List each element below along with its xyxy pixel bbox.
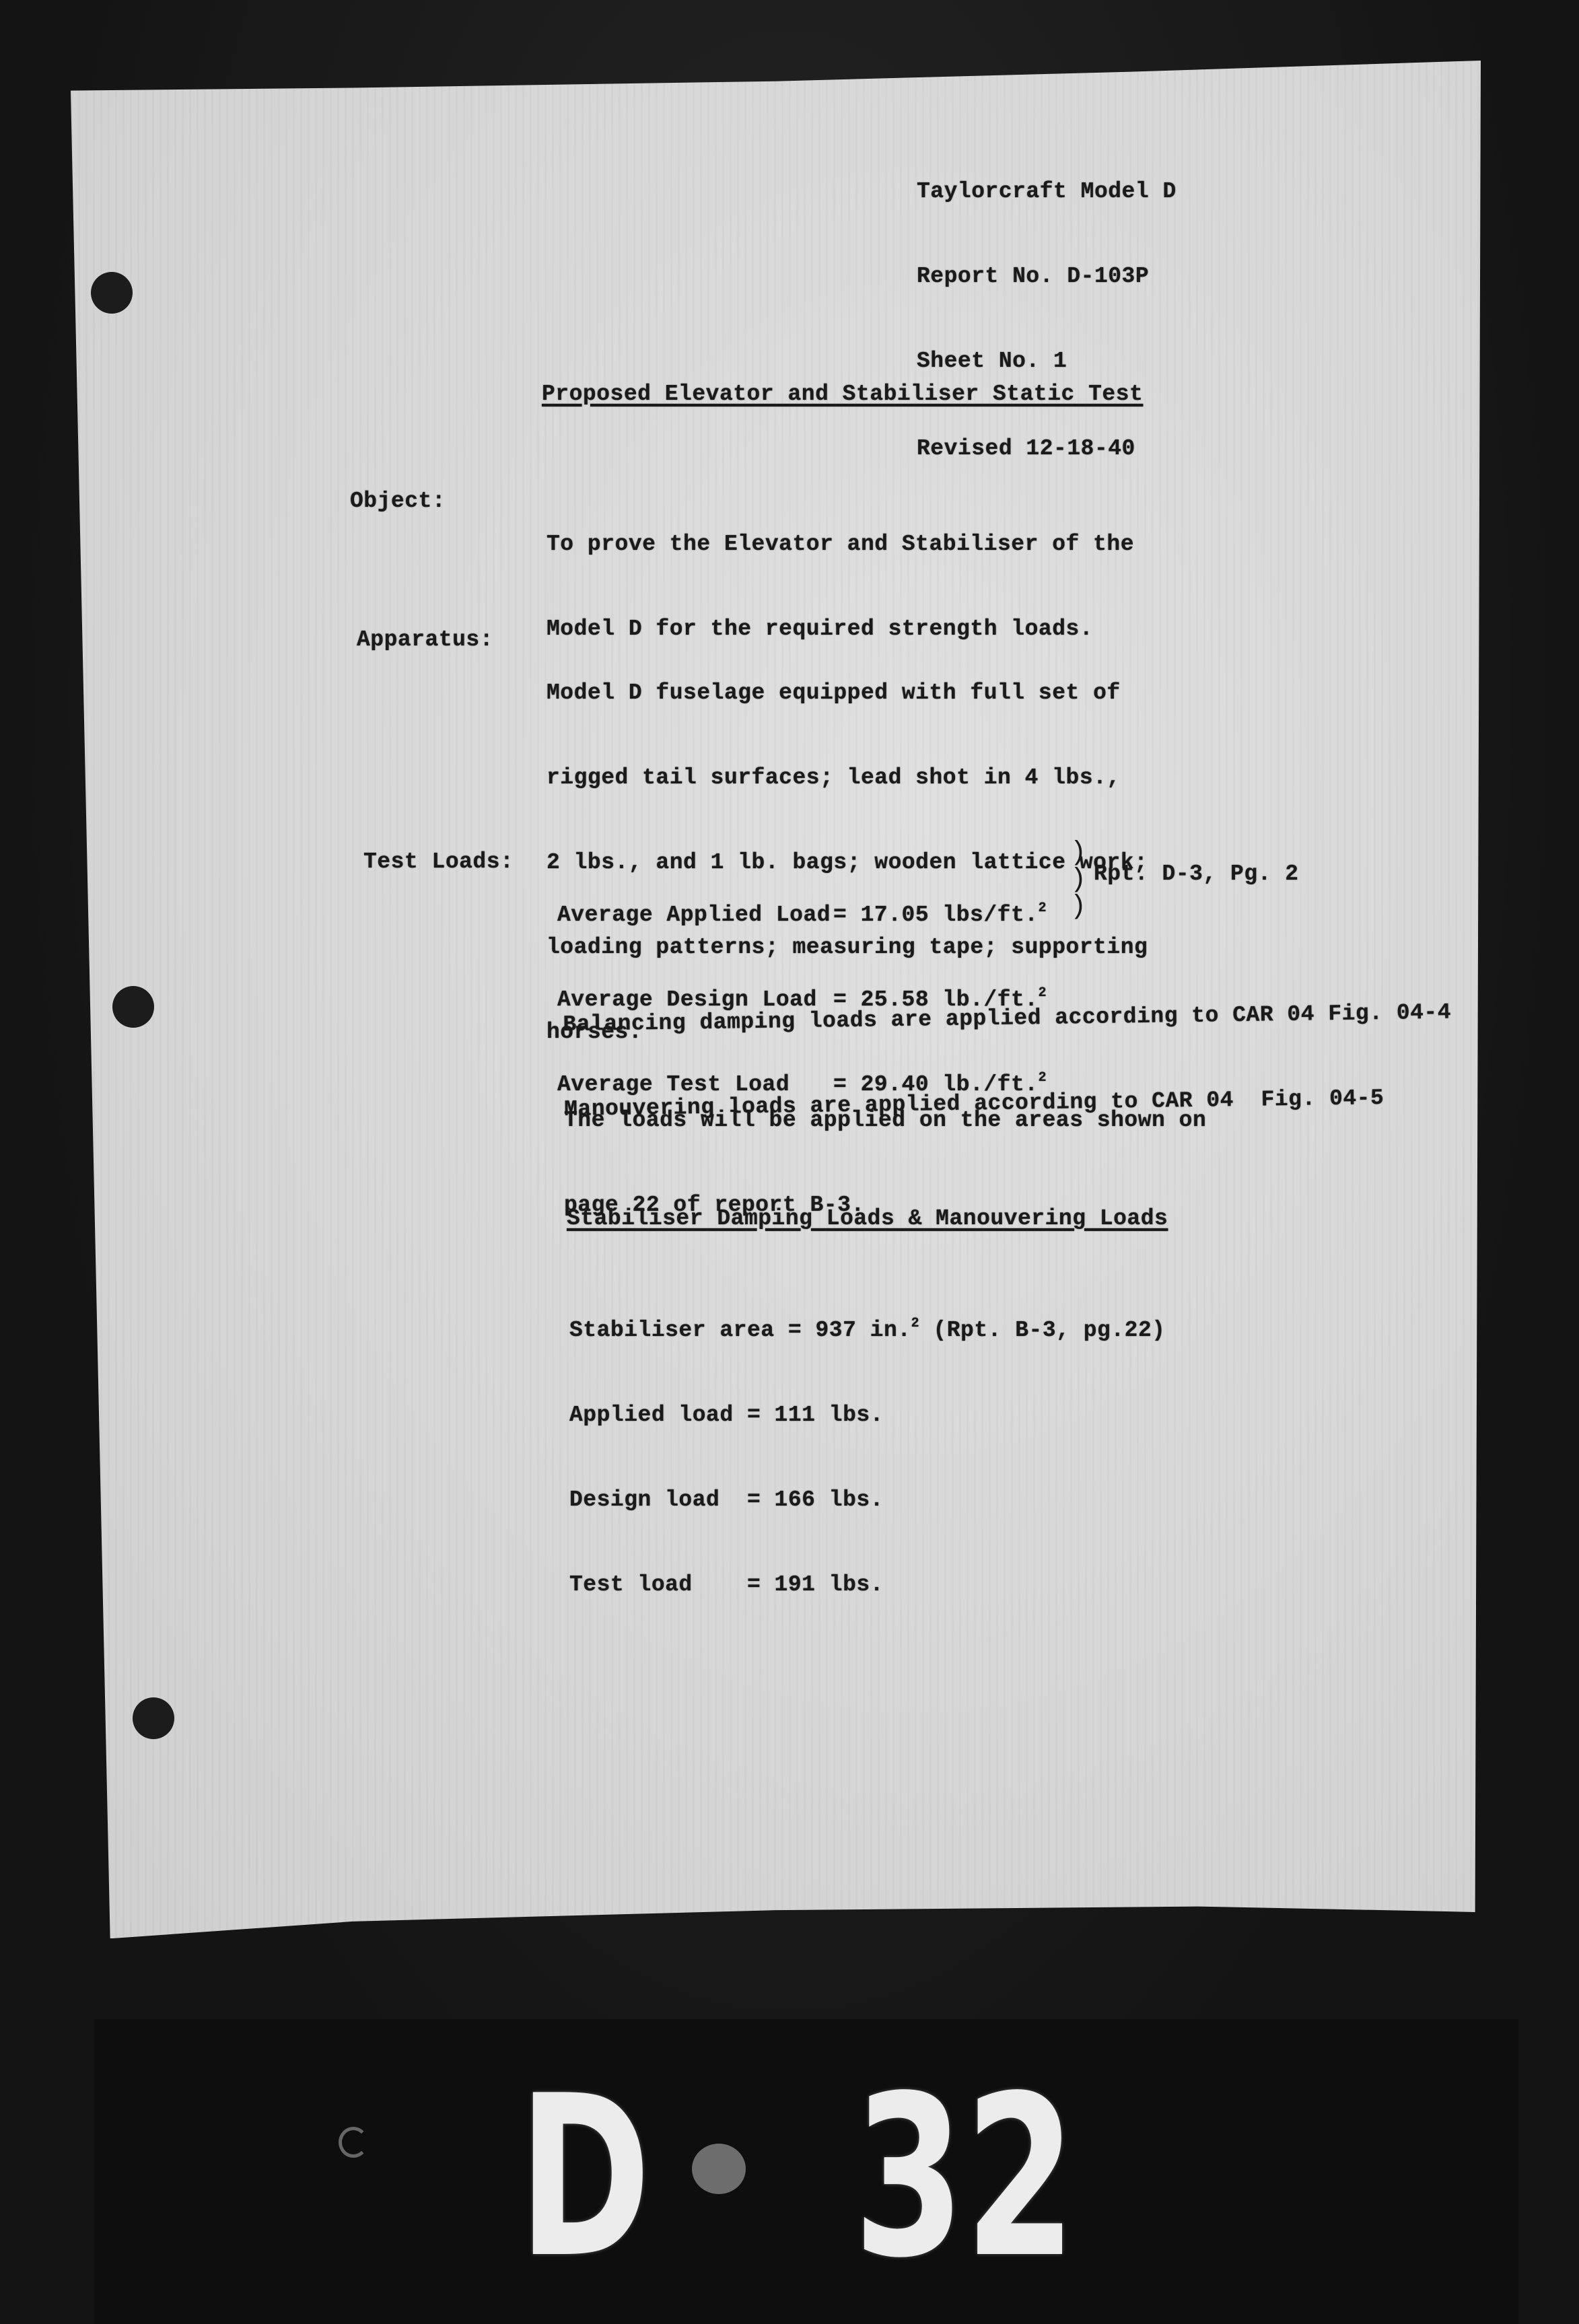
bracket-decoration: ) — [1070, 838, 1086, 868]
header-sheet-number: Sheet No. 1 — [917, 347, 1177, 376]
test-loads-reference: Rpt. D-3, Pg. 2 — [1094, 860, 1299, 888]
test-loads-label: Test Loads: — [363, 848, 514, 876]
film-frame-band — [94, 2019, 1518, 2324]
areas-note-line: The loads will be applied on the areas s… — [564, 1106, 1206, 1135]
apparatus-line: Model D fuselage equipped with full set … — [547, 679, 1148, 707]
test-load-exponent: 2 — [1039, 901, 1047, 916]
film-target-dot — [692, 2144, 746, 2194]
film-target-number: 32 — [853, 2066, 1076, 2288]
stabiliser-load-row: Applied load = 111 lbs. — [569, 1401, 1166, 1430]
test-load-row: Average Applied Load= 17.05 lbs/ft.2 — [557, 901, 1047, 929]
punch-hole-bottom — [133, 1697, 174, 1739]
header-report-number: Report No. D-103P — [917, 262, 1177, 291]
stabiliser-area-reference: (Rpt. B-3, pg.22) — [919, 1318, 1165, 1343]
apparatus-line: rigged tail surfaces; lead shot in 4 lbs… — [547, 764, 1148, 792]
test-load-name: Average Applied Load — [557, 901, 833, 929]
stabiliser-area-line: Stabiliser area = 937 in.2 (Rpt. B-3, pg… — [569, 1316, 1166, 1345]
stabiliser-area: Stabiliser area = 937 in. — [569, 1318, 911, 1343]
document-header: Taylorcraft Model D Report No. D-103P Sh… — [917, 121, 1177, 491]
object-line: To prove the Elevator and Stabiliser of … — [547, 530, 1134, 559]
stabiliser-load-row: Test load = 191 lbs. — [569, 1571, 1166, 1599]
stabiliser-heading: Stabiliser Damping Loads & Manouvering L… — [567, 1205, 1168, 1233]
film-target-letter: D — [518, 2066, 651, 2288]
stabiliser-area-exponent: 2 — [911, 1316, 920, 1331]
bracket-decoration: ) — [1070, 865, 1086, 895]
header-company-model: Taylorcraft Model D — [917, 178, 1177, 206]
bracket-decoration: ) — [1070, 892, 1086, 922]
header-revised-date: Revised 12-18-40 — [917, 435, 1177, 463]
film-scratch-mark — [339, 2127, 368, 2158]
object-label: Object: — [350, 487, 446, 516]
punch-hole-top — [91, 272, 133, 314]
punch-hole-middle — [112, 986, 154, 1028]
stabiliser-data: Stabiliser area = 937 in.2 (Rpt. B-3, pg… — [569, 1260, 1166, 1627]
stabiliser-load-row: Design load = 166 lbs. — [569, 1486, 1166, 1514]
test-load-value: = 17.05 lbs/ft. — [833, 903, 1039, 927]
apparatus-label: Apparatus: — [357, 626, 493, 654]
load-note: Balancing damping loads are applied acco… — [563, 999, 1451, 1039]
document-title: Proposed Elevator and Stabiliser Static … — [542, 380, 1143, 409]
